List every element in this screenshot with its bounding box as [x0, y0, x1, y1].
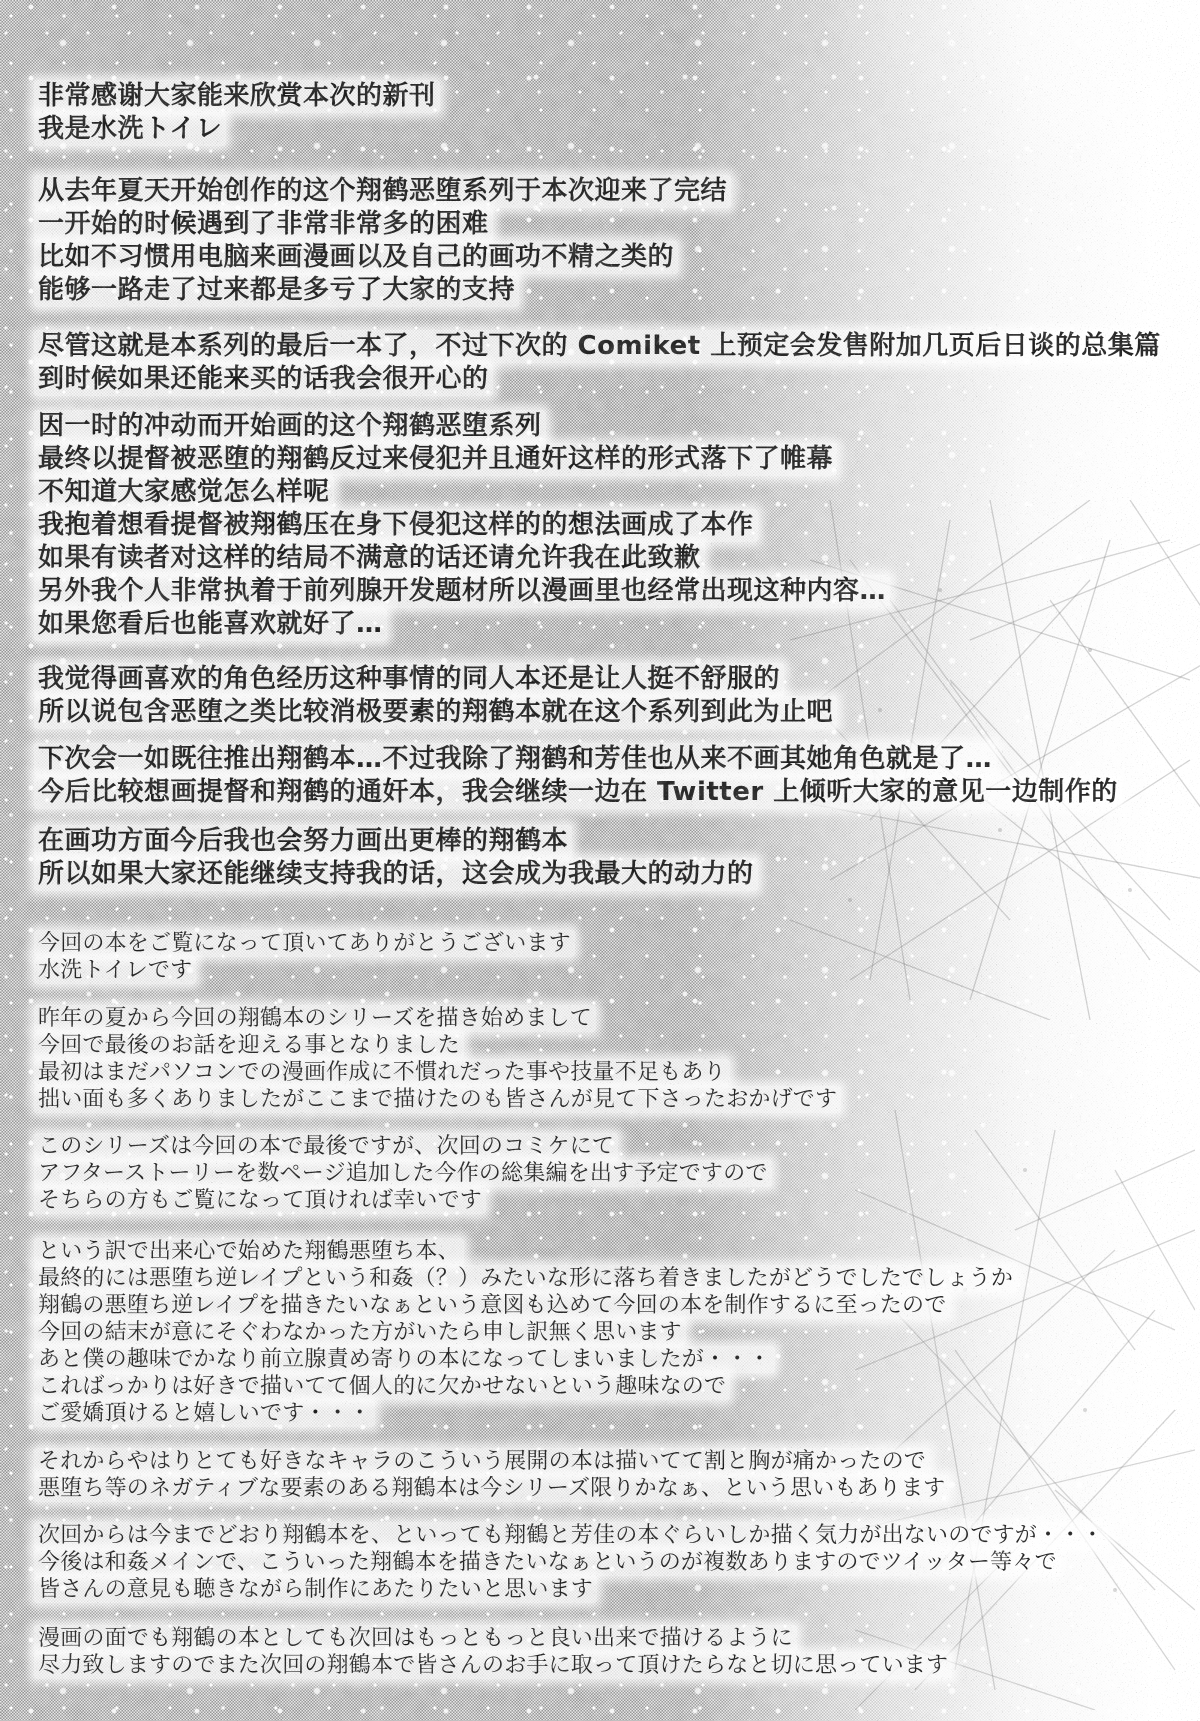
- text-line: 所以如果大家还能继续支持我的话，这会成为我最大的动力的: [34, 858, 758, 891]
- paragraph: 次回からは今までどおり翔鶴本を、といっても翔鶴と芳佳の本ぐらいしか描く気力が出な…: [38, 1522, 1200, 1603]
- text-line: 所以说包含恶堕之类比较消极要素的翔鹤本就在这个系列到此为止吧: [34, 696, 837, 729]
- paragraph: 下次会一如既往推出翔鹤本…不过我除了翔鹤和芳佳也从来不画其她角色就是了… 今后比…: [38, 743, 1200, 809]
- text-line: 拙い面も多くありましたがここまで描けたのも皆さんが見て下さったおかげです: [34, 1086, 841, 1113]
- text-line: 翔鶴の悪堕ち逆レイプを描きたいなぁという意図も込めて今回の本を制作するに至ったの…: [34, 1292, 950, 1319]
- text-line: 悪堕ち等のネガティブな要素のある翔鶴本は今シリーズ限りかなぁ、という思いもありま…: [34, 1475, 949, 1502]
- paragraph: 尽管这就是本系列的最后一本了，不过下次的 Comiket 上预定会发售附加几页后…: [38, 330, 1200, 396]
- text-line: 水洗トイレです: [34, 957, 196, 984]
- chinese-afterword-section: 非常感谢大家能来欣赏本次的新刊 我是水洗トイレ 从去年夏天开始创作的这个翔鹤恶堕…: [38, 80, 1200, 891]
- text-line: 因一时的冲动而开始画的这个翔鹤恶堕系列: [34, 410, 546, 443]
- text-line: このシリーズは今回の本で最後ですが、次回のコミケにて: [34, 1133, 618, 1160]
- text-line: アフターストーリーを数ページ追加した今作の総集編を出す予定ですので: [34, 1160, 772, 1187]
- text-line: 最终以提督被恶堕的翔鹤反过来侵犯并且通奸这样的形式落下了帷幕: [34, 443, 837, 476]
- paragraph: このシリーズは今回の本で最後ですが、次回のコミケにて アフターストーリーを数ペー…: [38, 1133, 1200, 1214]
- text-line: それからやはりとても好きなキャラのこういう展開の本は描いてて割と胸が痛かったので: [34, 1448, 930, 1475]
- paragraph: 我觉得画喜欢的角色经历这种事情的同人本还是让人挺不舒服的 所以说包含恶堕之类比较…: [38, 663, 1200, 729]
- text-line: 尽力致しますのでまた次回の翔鶴本で皆さんのお手に取って頂けたらなと切に思っていま…: [34, 1652, 952, 1679]
- paragraph: 漫画の面でも翔鶴の本としても次回はもっともっと良い出来で描けるように 尽力致しま…: [38, 1625, 1200, 1679]
- paragraph: それからやはりとても好きなキャラのこういう展開の本は描いてて割と胸が痛かったので…: [38, 1448, 1200, 1502]
- paragraph: 在画功方面今后我也会努力画出更棒的翔鹤本 所以如果大家还能继续支持我的话，这会成…: [38, 825, 1200, 891]
- paragraph: 从去年夏天开始创作的这个翔鹤恶堕系列于本次迎来了完结 一开始的时候遇到了非常非常…: [38, 175, 1200, 307]
- japanese-afterword-section: 今回の本をご覧になって頂いてありがとうございます 水洗トイレです 昨年の夏から今…: [38, 930, 1200, 1679]
- text-line: 最初はまだパソコンでの漫画作成に不慣れだった事や技量不足もあり: [34, 1059, 730, 1086]
- scanned-afterword-page: 非常感谢大家能来欣赏本次的新刊 我是水洗トイレ 从去年夏天开始创作的这个翔鹤恶堕…: [0, 0, 1200, 1721]
- text-line: 如果您看后也能喜欢就好了…: [34, 608, 387, 641]
- paragraph: 今回の本をご覧になって頂いてありがとうございます 水洗トイレです: [38, 930, 1200, 984]
- text-line: 非常感谢大家能来欣赏本次的新刊: [34, 80, 440, 113]
- text-line: ご愛嬌頂けると嬉しいです・・・: [34, 1400, 375, 1427]
- paragraph: 非常感谢大家能来欣赏本次的新刊 我是水洗トイレ: [38, 80, 1200, 146]
- text-line: 我是水洗トイレ: [34, 113, 226, 146]
- text-line: 不知道大家感觉怎么样呢: [34, 476, 334, 509]
- text-line: 今後は和姦メインで、こういった翔鶴本を描きたいなぁというのが複数ありますのでツイ…: [34, 1549, 1061, 1576]
- text-line: こればっかりは好きで描いてて個人的に欠かせないという趣味なので: [34, 1373, 730, 1400]
- text-line: という訳で出来心で始めた翔鶴悪堕ち本、: [34, 1238, 464, 1265]
- text-line: 一开始的时候遇到了非常非常多的困难: [34, 208, 493, 241]
- paragraph: 因一时的冲动而开始画的这个翔鹤恶堕系列 最终以提督被恶堕的翔鹤反过来侵犯并且通奸…: [38, 410, 1200, 641]
- afterword-text: 非常感谢大家能来欣赏本次的新刊 我是水洗トイレ 从去年夏天开始创作的这个翔鹤恶堕…: [0, 0, 1200, 1679]
- text-line: 漫画の面でも翔鶴の本としても次回はもっともっと良い出来で描けるように: [34, 1625, 797, 1652]
- text-line: 到时候如果还能来买的话我会很开心的: [34, 363, 493, 396]
- text-line: 尽管这就是本系列的最后一本了，不过下次的 Comiket 上预定会发售附加几页后…: [34, 330, 1165, 363]
- text-line: 比如不习惯用电脑来画漫画以及自己的画功不精之类的: [34, 241, 678, 274]
- text-line: 从去年夏天开始创作的这个翔鹤恶堕系列于本次迎来了完结: [34, 175, 731, 208]
- text-line: 今回の本をご覧になって頂いてありがとうございます: [34, 930, 575, 957]
- paragraph: という訳で出来心で始めた翔鶴悪堕ち本、 最終的には悪堕ち逆レイプという和姦（？）…: [38, 1238, 1200, 1427]
- text-line: 今后比较想画提督和翔鹤的通奸本，我会继续一边在 Twitter 上倾听大家的意见…: [34, 776, 1122, 809]
- text-line: 下次会一如既往推出翔鹤本…不过我除了翔鹤和芳佳也从来不画其她角色就是了…: [34, 743, 996, 776]
- text-line: 在画功方面今后我也会努力画出更棒的翔鹤本: [34, 825, 572, 858]
- text-line: 能够一路走了过来都是多亏了大家的支持: [34, 274, 519, 307]
- text-line: あと僕の趣味でかなり前立腺責め寄りの本になってしまいましたが・・・: [34, 1346, 775, 1373]
- text-line: 我觉得画喜欢的角色经历这种事情的同人本还是让人挺不舒服的: [34, 663, 784, 696]
- text-line: 如果有读者对这样的结局不满意的话还请允许我在此致歉: [34, 542, 705, 575]
- text-line: 最終的には悪堕ち逆レイプという和姦（？）みたいな形に落ち着きましたがどうでしたで…: [34, 1265, 1017, 1292]
- text-line: 另外我个人非常执着于前列腺开发题材所以漫画里也经常出现这种内容…: [34, 575, 890, 608]
- text-line: 次回からは今までどおり翔鶴本を、といっても翔鶴と芳佳の本ぐらいしか描く気力が出な…: [34, 1522, 1108, 1549]
- text-line: 我抱着想看提督被翔鹤压在身下侵犯这样的的想法画成了本作: [34, 509, 758, 542]
- text-line: 皆さんの意見も聴きながら制作にあたりたいと思います: [34, 1576, 597, 1603]
- text-line: そちらの方もご覧になって頂ければ幸いです: [34, 1187, 486, 1214]
- text-line: 今回の結末が意にそぐわなかった方がいたら申し訳無く思います: [34, 1319, 686, 1346]
- paragraph: 昨年の夏から今回の翔鶴本のシリーズを描き始めまして 今回で最後のお話を迎える事と…: [38, 1005, 1200, 1113]
- text-line: 昨年の夏から今回の翔鶴本のシリーズを描き始めまして: [34, 1005, 596, 1032]
- text-line: 今回で最後のお話を迎える事となりました: [34, 1032, 464, 1059]
